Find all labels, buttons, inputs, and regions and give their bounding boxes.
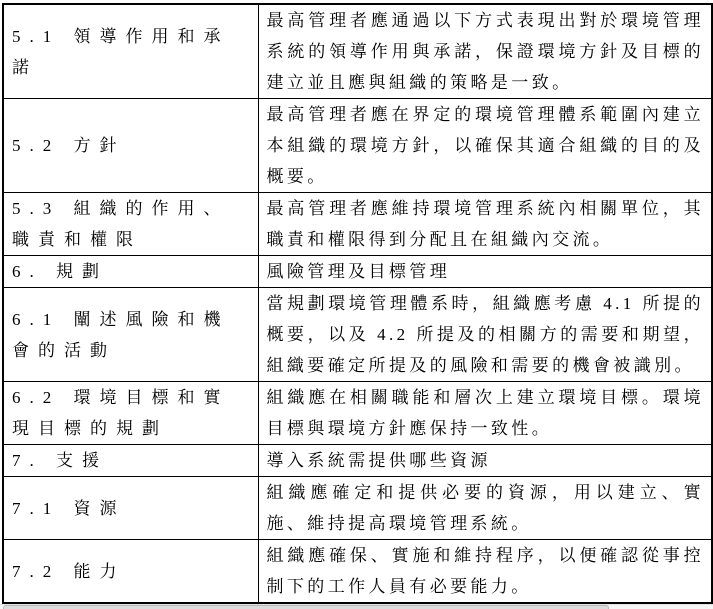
document-page: 5.1 領導作用和承諾 最高管理者應通過以下方式表現出對於環境管理系統的領導作用…: [0, 3, 713, 609]
description-cell: 最高管理者應維持環境管理系統內相關單位，其職責和權限得到分配且在組織內交流。: [258, 193, 712, 256]
description-cell: 風險管理及目標管理: [258, 256, 712, 288]
clause-cell: 5.2 方針: [3, 99, 258, 193]
table-row: 5.3 組織的作用、職責和權限 最高管理者應維持環境管理系統內相關單位，其職責和…: [3, 193, 712, 256]
description-cell: 當規劃環境管理體系時，組織應考慮 4.1 所提的概要，以及 4.2 所提及的相關…: [258, 288, 712, 382]
description-cell: 最高管理者應在界定的環境管理體系範圍內建立本組織的環境方針，以確保其適合組織的目…: [258, 99, 712, 193]
description-cell: 導入系統需提供哪些資源: [258, 445, 712, 477]
clause-cell: 7. 支援: [3, 445, 258, 477]
clause-cell: 6. 規劃: [3, 256, 258, 288]
table-row: 7.2 能力 組織應確保、實施和維持程序，以便確認從事控制下的工作人員有必要能力…: [3, 540, 712, 604]
table-row: 5.1 領導作用和承諾 最高管理者應通過以下方式表現出對於環境管理系統的領導作用…: [3, 4, 712, 99]
description-cell: 組織應確保、實施和維持程序，以便確認從事控制下的工作人員有必要能力。: [258, 540, 712, 604]
table-row: 6.2 環境目標和實現目標的規劃 組織應在相關職能和層次上建立環境目標。環境目標…: [3, 382, 712, 445]
clause-cell: 5.1 領導作用和承諾: [3, 4, 258, 99]
description-cell: 組織應在相關職能和層次上建立環境目標。環境目標與環境方針應保持一致性。: [258, 382, 712, 445]
description-cell: 最高管理者應通過以下方式表現出對於環境管理系統的領導作用與承諾，保證環境方針及目…: [258, 4, 712, 99]
clause-table: 5.1 領導作用和承諾 最高管理者應通過以下方式表現出對於環境管理系統的領導作用…: [2, 3, 713, 604]
table-row: 5.2 方針 最高管理者應在界定的環境管理體系範圍內建立本組織的環境方針，以確保…: [3, 99, 712, 193]
horizontal-scrollbar-thumb[interactable]: [3, 605, 609, 609]
table-row: 6.1 闡述風險和機會的活動 當規劃環境管理體系時，組織應考慮 4.1 所提的概…: [3, 288, 712, 382]
description-cell: 組織應確定和提供必要的資源，用以建立、實施、維持提高環境管理系統。: [258, 477, 712, 540]
clause-cell: 6.1 闡述風險和機會的活動: [3, 288, 258, 382]
table-row: 7. 支援 導入系統需提供哪些資源: [3, 445, 712, 477]
horizontal-scrollbar-track[interactable]: [0, 604, 713, 609]
clause-cell: 6.2 環境目標和實現目標的規劃: [3, 382, 258, 445]
clause-cell: 7.1 資源: [3, 477, 258, 540]
clause-cell: 5.3 組織的作用、職責和權限: [3, 193, 258, 256]
table-row: 6. 規劃 風險管理及目標管理: [3, 256, 712, 288]
table-row: 7.1 資源 組織應確定和提供必要的資源，用以建立、實施、維持提高環境管理系統。: [3, 477, 712, 540]
clause-cell: 7.2 能力: [3, 540, 258, 604]
